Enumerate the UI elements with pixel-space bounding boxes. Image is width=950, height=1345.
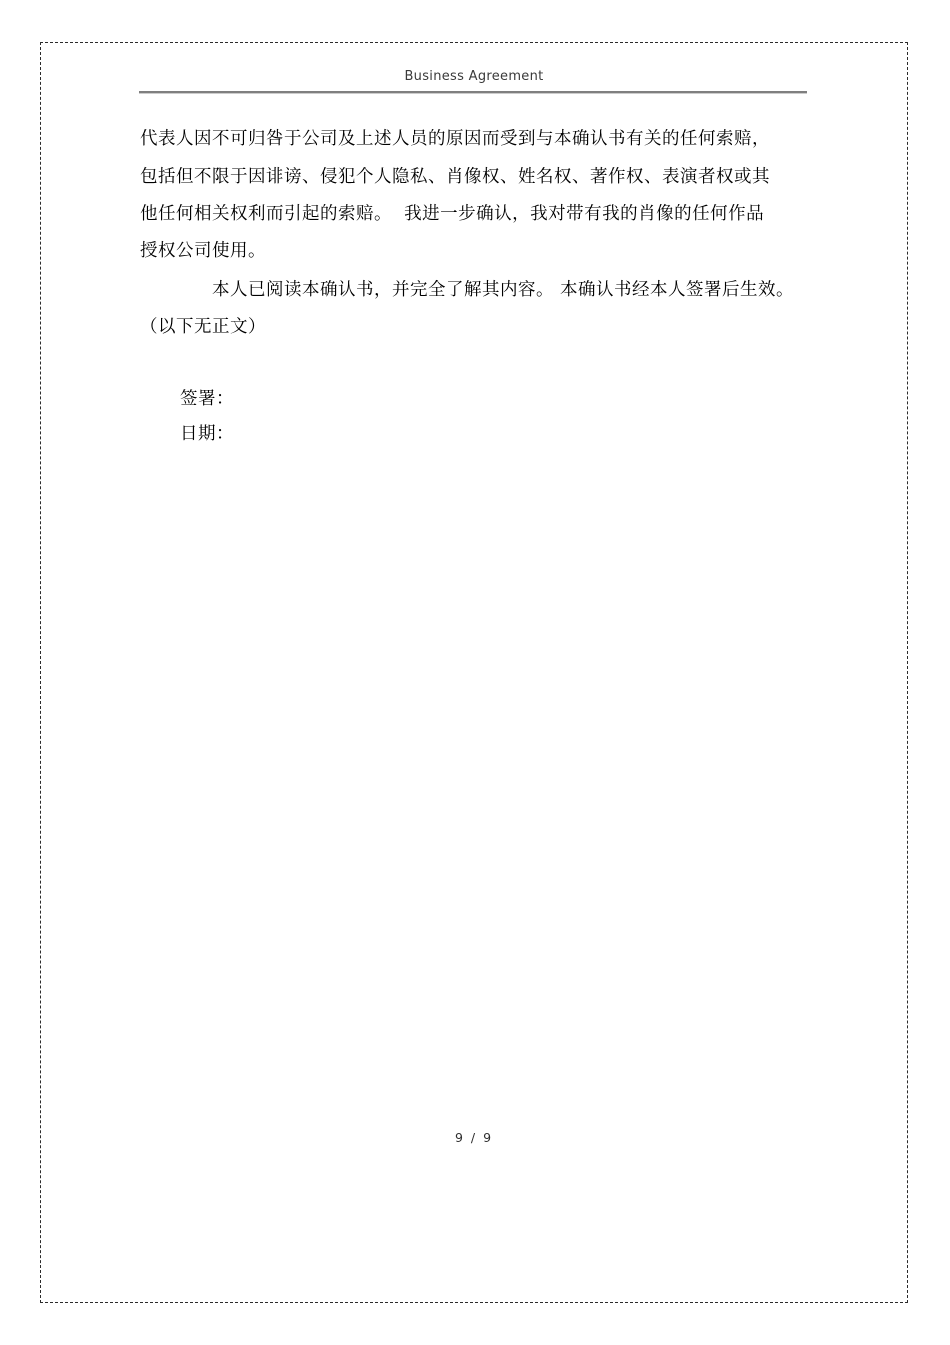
- body-text-line: 代表人因不可归咎于公司及上述人员的原因而受到与本确认书有关的任何索赔，: [140, 128, 820, 150]
- document-page: Business Agreement 代表人因不可归咎于公司及上述人员的原因而受…: [0, 0, 950, 1345]
- page-border: [40, 42, 908, 1303]
- signature-label: 签署：: [180, 388, 860, 410]
- date-label: 日期：: [180, 423, 860, 445]
- body-text-line: 他任何相关权利而引起的索赔。 我进一步确认，我对带有我的肖像的任何作品: [140, 203, 820, 225]
- body-text-line: 包括但不限于因诽谤、侵犯个人隐私、肖像权、姓名权、著作权、表演者权或其: [140, 166, 820, 188]
- page-number: 9 / 9: [140, 1130, 808, 1145]
- confirmation-paragraph: 本人已阅读本确认书，并完全了解其内容。 本确认书经本人签署后生效。: [212, 279, 892, 301]
- document-header-title: Business Agreement: [140, 69, 808, 85]
- header-divider: [139, 91, 807, 94]
- no-more-text-note: （以下无正文）: [140, 316, 820, 338]
- body-text-line: 授权公司使用。: [140, 240, 820, 262]
